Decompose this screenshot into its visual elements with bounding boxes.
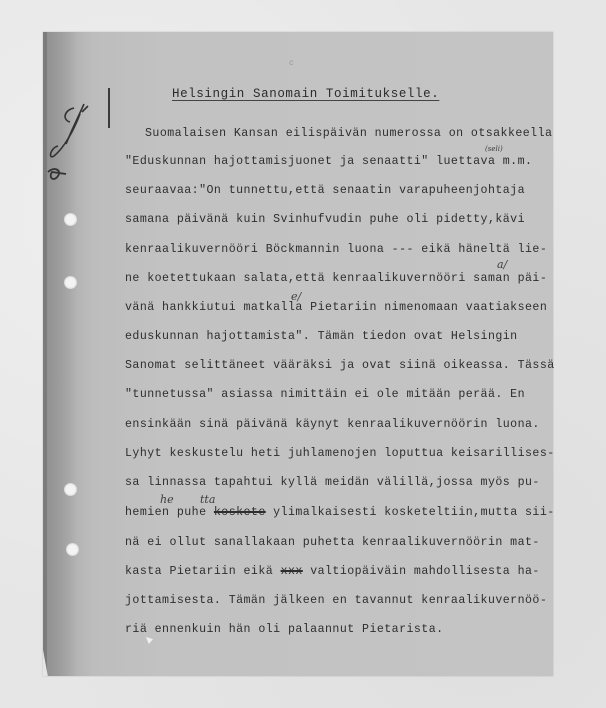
text-line: "Eduskunnan hajottamisjuonet ja senaatti…: [125, 155, 532, 168]
punch-hole-icon: [66, 543, 79, 556]
handwritten-signature-icon: [44, 100, 104, 190]
punch-hole-icon: [64, 483, 77, 496]
text-line: Sanomat selittäneet vääräksi ja ovat sii…: [125, 359, 555, 372]
margin-line-mark: [108, 88, 110, 128]
text-line: Lyhyt keskustelu heti juhlamenojen loput…: [125, 447, 555, 460]
text-line: nä ei ollut sanallakaan puhetta kenraali…: [125, 536, 540, 549]
struck-word: xxx: [281, 565, 303, 578]
handwritten-note: he: [160, 493, 174, 506]
text-line: eduskunnan hajottamista". Tämän tiedon o…: [125, 330, 518, 343]
handwritten-note: (seli): [485, 145, 503, 153]
text-line: hemien puhe koskete ylimalkaisesti koske…: [125, 506, 555, 519]
text-line: kasta Pietariin eikä xxx valtiopäiväin m…: [125, 565, 540, 578]
paper-mark: c: [289, 59, 294, 68]
text-fragment: ylimalkaisesti kosketeltiin,mutta sii-: [266, 506, 555, 519]
text-line: "tunnetussa" asiassa nimittäin ei ole mi…: [125, 388, 525, 401]
punch-hole-icon: [64, 276, 77, 289]
struck-word: koskete: [214, 506, 266, 519]
text-fragment: valtiopäiväin mahdollisesta ha-: [303, 565, 540, 578]
text-line: jottamisesta. Tämän jälkeen en tavannut …: [125, 594, 547, 607]
text-line: seuraavaa:"On tunnettu,että senaatin var…: [125, 184, 525, 197]
text-line: sa linnassa tapahtui kyllä meidän välill…: [125, 476, 540, 489]
text-line: ne koetettukaan salata,että kenraalikuve…: [125, 272, 547, 285]
text-line: vänä hankkiutui matkalla Pietariin nimen…: [125, 301, 547, 314]
text-line: riä ennenkuin hän oli palaannut Pietaris…: [125, 623, 444, 636]
handwritten-note: tta: [200, 493, 215, 506]
text-line: samana päivänä kuin Svinhufvudin puhe ol…: [125, 213, 525, 226]
handwritten-note: a/: [497, 258, 507, 271]
text-line: ensinkään sinä päivänä käynyt kenraaliku…: [125, 418, 540, 431]
text-fragment: kasta Pietariin eikä: [125, 565, 281, 578]
punch-hole-icon: [64, 213, 77, 226]
letter-heading: Helsingin Sanomain Toimitukselle.: [172, 87, 439, 101]
text-line: Suomalaisen Kansan eilispäivän numerossa…: [145, 127, 552, 140]
text-fragment: hemien puhe: [125, 506, 214, 519]
text-line: kenraalikuvernööri Böckmannin luona --- …: [125, 243, 547, 256]
handwritten-note: e/: [291, 290, 301, 303]
